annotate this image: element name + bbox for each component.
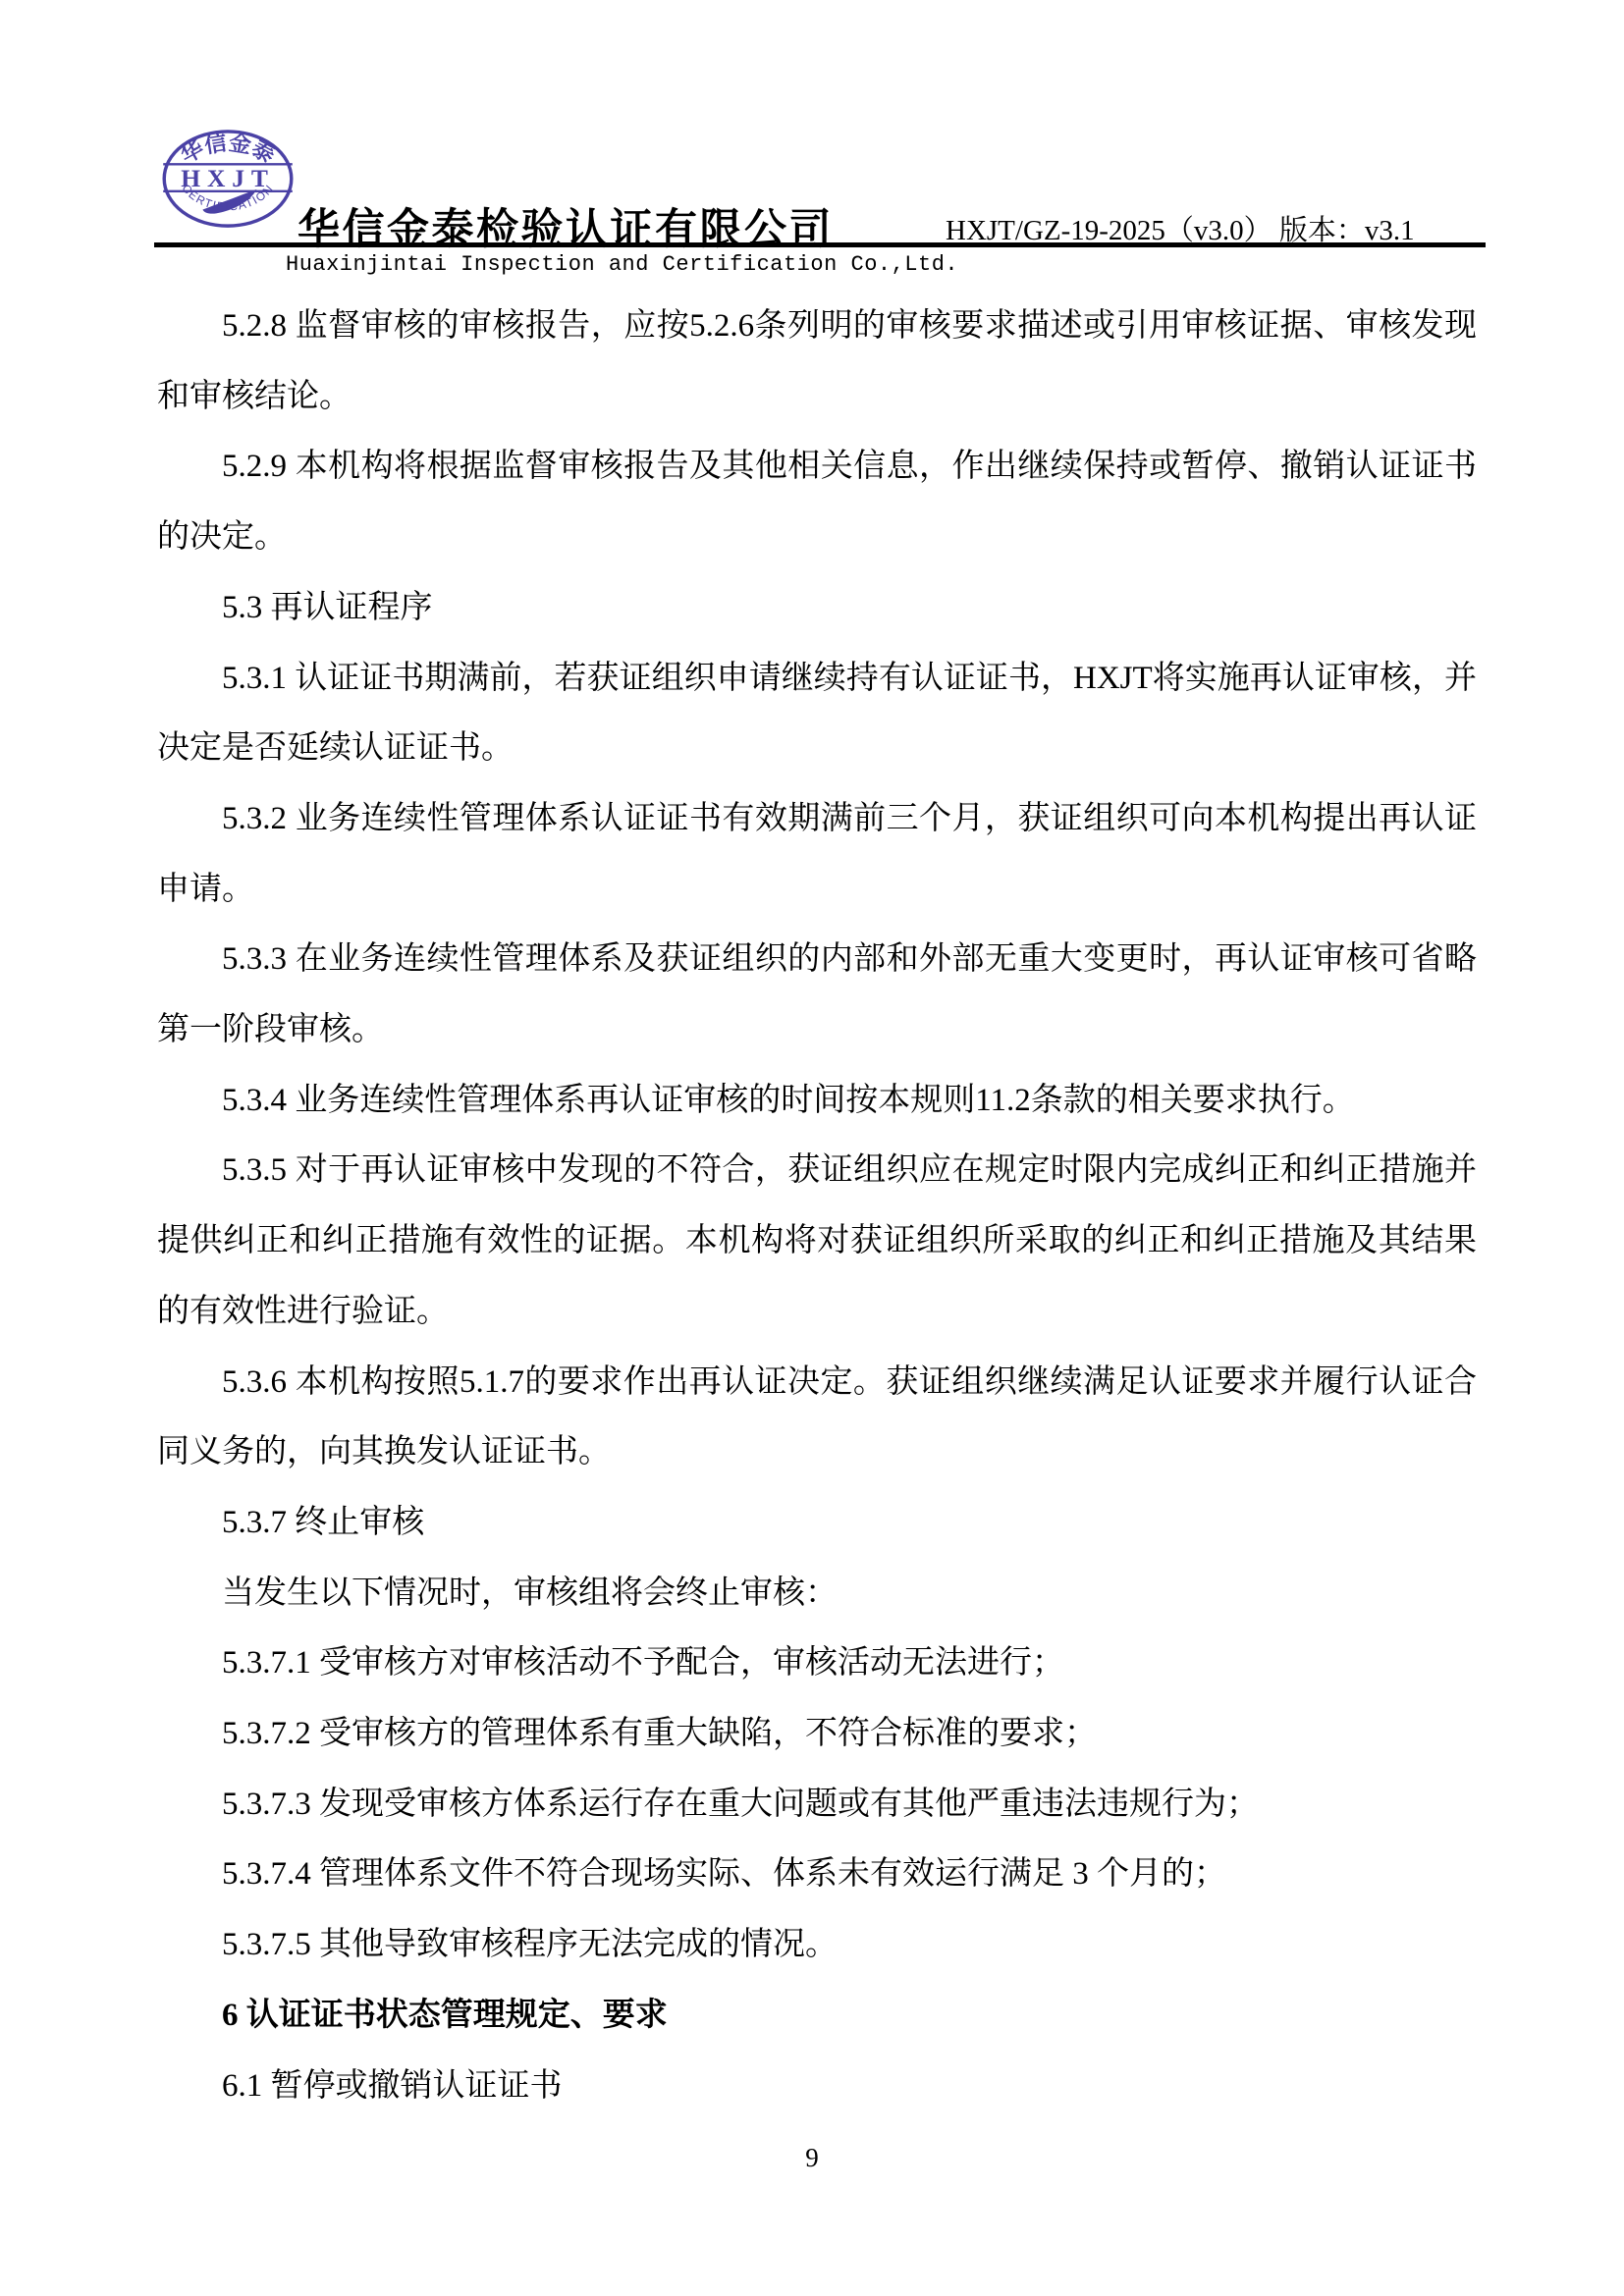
paragraph: 5.3.5 对于再认证审核中发现的不符合，获证组织应在规定时限内完成纠正和纠正措…: [157, 1136, 1477, 1347]
paragraph: 5.2.8 监督审核的审核报告，应按5.2.6条列明的审核要求描述或引用审核证据…: [157, 292, 1477, 432]
paragraph: 5.3.1 认证证书期满前，若获证组织申请继续持有认证证书，HXJT将实施再认证…: [157, 644, 1477, 784]
paragraph: 当发生以下情况时，审核组将会终止审核：: [157, 1559, 1477, 1629]
paragraph: 6 认证证书状态管理规定、要求: [157, 1981, 1477, 2052]
page-number: 9: [0, 2143, 1624, 2173]
paragraph: 5.2.9 本机构将根据监督审核报告及其他相关信息，作出继续保持或暂停、撤销认证…: [157, 432, 1477, 572]
document-body: 5.2.8 监督审核的审核报告，应按5.2.6条列明的审核要求描述或引用审核证据…: [157, 292, 1477, 2121]
svg-text:华信金泰: 华信金泰: [177, 129, 280, 168]
header-divider: [154, 242, 1486, 247]
logo-arc-top-text: 华信金泰: [177, 129, 280, 168]
paragraph: 5.3.6 本机构按照5.1.7的要求作出再认证决定。获证组织继续满足认证要求并…: [157, 1348, 1477, 1488]
paragraph: 5.3.7.4 管理体系文件不符合现场实际、体系未有效运行满足 3 个月的；: [157, 1840, 1477, 1910]
paragraph: 5.3.7.1 受审核方对审核活动不予配合，审核活动无法进行；: [157, 1629, 1477, 1699]
paragraph: 5.3 再认证程序: [157, 573, 1477, 644]
paragraph: 5.3.7 终止审核: [157, 1488, 1477, 1559]
paragraph: 5.3.4 业务连续性管理体系再认证审核的时间按本规则11.2条款的相关要求执行…: [157, 1066, 1477, 1137]
paragraph: 5.3.7.2 受审核方的管理体系有重大缺陷，不符合标准的要求；: [157, 1699, 1477, 1770]
paragraph: 5.3.7.5 其他导致审核程序无法完成的情况。: [157, 1910, 1477, 1981]
document-page: 华信金泰 HXJT CERTIFICATION 华信金泰检验认证有限公司 HXJ…: [0, 0, 1624, 2296]
hxjt-logo-icon: 华信金泰 HXJT CERTIFICATION: [159, 129, 297, 233]
paragraph: 6.1 暂停或撤销认证证书: [157, 2052, 1477, 2122]
paragraph: 5.3.7.3 发现受审核方体系运行存在重大问题或有其他严重违法违规行为；: [157, 1770, 1477, 1841]
paragraph: 5.3.2 业务连续性管理体系认证证书有效期满前三个月，获证组织可向本机构提出再…: [157, 784, 1477, 925]
paragraph: 5.3.3 在业务连续性管理体系及获证组织的内部和外部无重大变更时，再认证审核可…: [157, 925, 1477, 1065]
company-name-english: Huaxinjintai Inspection and Certificatio…: [286, 252, 958, 277]
logo-acronym-text: HXJT: [181, 164, 275, 192]
company-logo: 华信金泰 HXJT CERTIFICATION: [159, 129, 297, 233]
